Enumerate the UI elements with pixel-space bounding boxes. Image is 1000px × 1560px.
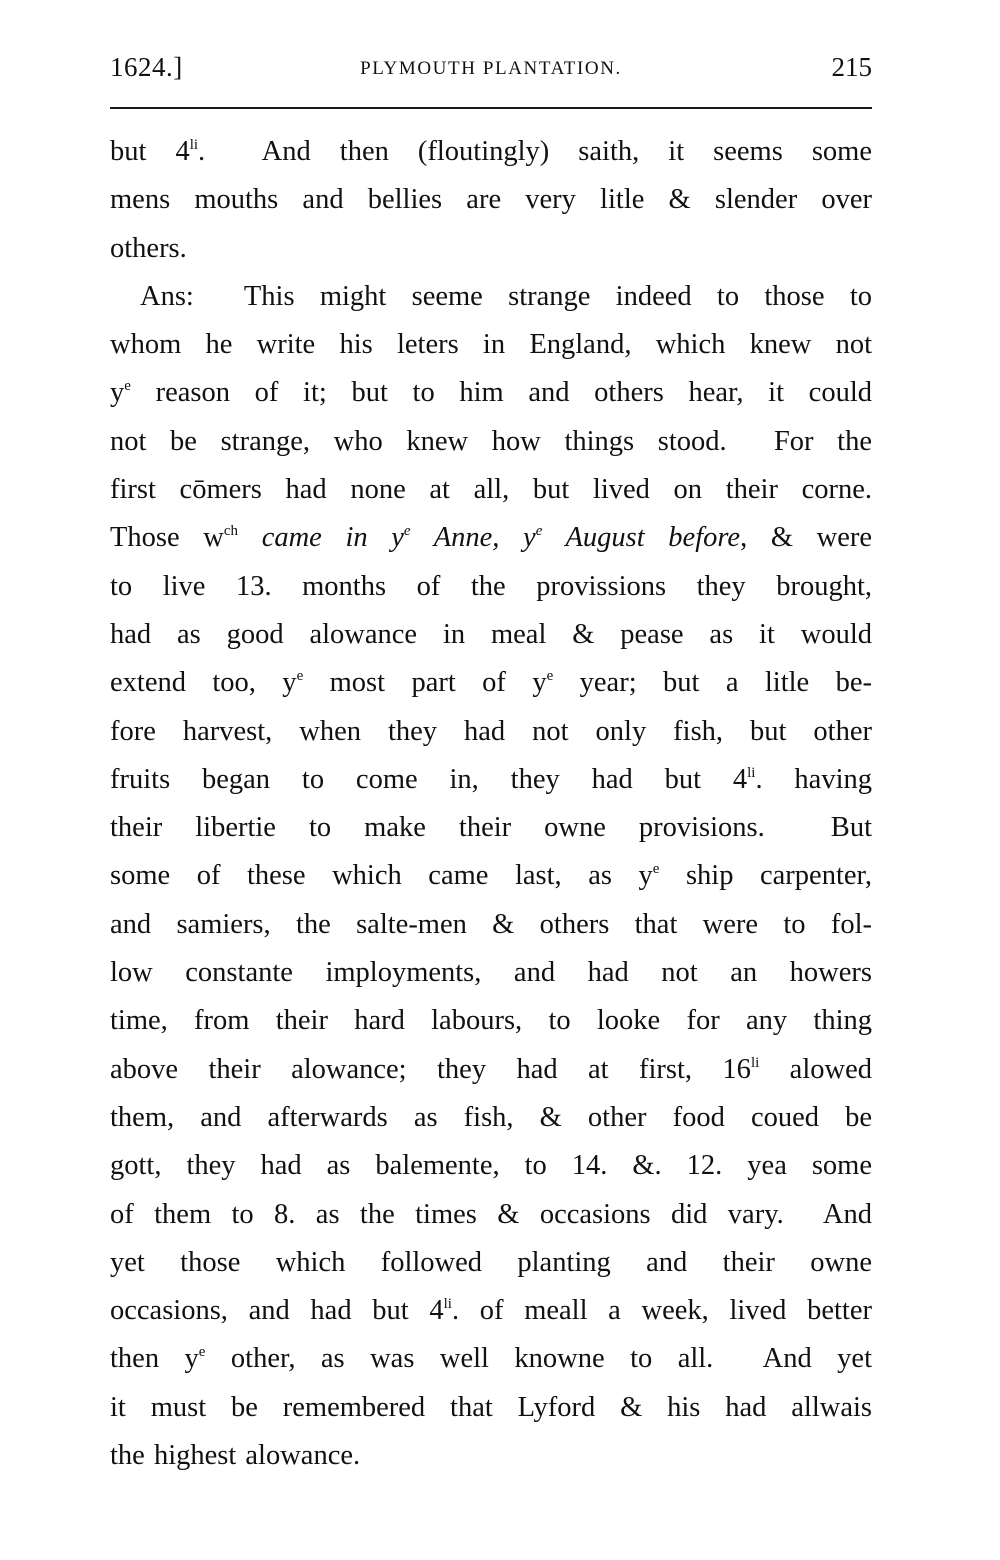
text-line: it must be remembered that Lyford & his … [110,1384,872,1432]
page-number: 215 [832,52,873,83]
text-line: mens mouths and bellies are very litle &… [110,176,872,224]
text-line: fruits began to come in, they had but 4l… [110,756,872,804]
text-line: them, and afterwards as fish, & other fo… [110,1094,872,1142]
text-line: and samiers, the salte-men & others that… [110,901,872,949]
superscript-abbrev: e [199,1344,206,1360]
text-line: of them to 8. as the times & occasions d… [110,1191,872,1239]
body-text: but 4li. And then (floutingly) saith, it… [110,128,872,1480]
superscript-abbrev: ch [224,523,238,539]
text-line: had as good alowance in meal & pease as … [110,611,872,659]
text-line: fore harvest, when they had not only fis… [110,708,872,756]
text-line: others. [110,225,872,273]
italic-text: August before [542,522,740,553]
running-head: 1624.] PLYMOUTH PLANTATION. 215 [110,52,872,88]
superscript-abbrev: e [124,378,131,394]
text-line: gott, they had as balemente, to 14. &. 1… [110,1142,872,1190]
text-line: above their alowance; they had at first,… [110,1046,872,1094]
text-line: to live 13. months of the provissions th… [110,563,872,611]
text-line: then ye other, as was well knowne to all… [110,1335,872,1383]
superscript-abbrev: e [653,861,660,877]
text-line: Those wch came in ye Anne, ye August bef… [110,514,872,562]
text-line: occasions, and had but 4li. of meall a w… [110,1287,872,1335]
superscript-abbrev: e [297,668,304,684]
text-line: some of these which came last, as ye shi… [110,852,872,900]
superscript-abbrev: li [444,1296,452,1312]
header-rule [110,107,872,109]
text-line: ye reason of it; but to him and others h… [110,369,872,417]
text-line: but 4li. And then (floutingly) saith, it… [110,128,872,176]
text-line: whom he write his leters in England, whi… [110,321,872,369]
text-line: not be strange, who knew how things stoo… [110,418,872,466]
superscript-abbrev: e [547,668,554,684]
italic-superscript: e [404,522,411,553]
running-head-title: PLYMOUTH PLANTATION. [110,58,872,80]
text-line: first cōmers had none at all, but lived… [110,466,872,514]
text-line: their libertie to make their owne provis… [110,804,872,852]
text-line: Ans: This might seeme strange indeed to … [110,273,872,321]
superscript-abbrev: li [747,765,755,781]
italic-text: Anne, y [411,522,536,553]
text-line: the highest alowance. [110,1432,872,1480]
text-line: time, from their hard labours, to looke … [110,997,872,1045]
italic-text: came in y [262,522,404,553]
superscript-abbrev: li [190,137,198,153]
text-line: extend too, ye most part of ye year; but… [110,659,872,707]
text-line: yet those which followed planting and th… [110,1239,872,1287]
text-line: low constante imployments, and had not a… [110,949,872,997]
superscript-abbrev: li [751,1055,759,1071]
